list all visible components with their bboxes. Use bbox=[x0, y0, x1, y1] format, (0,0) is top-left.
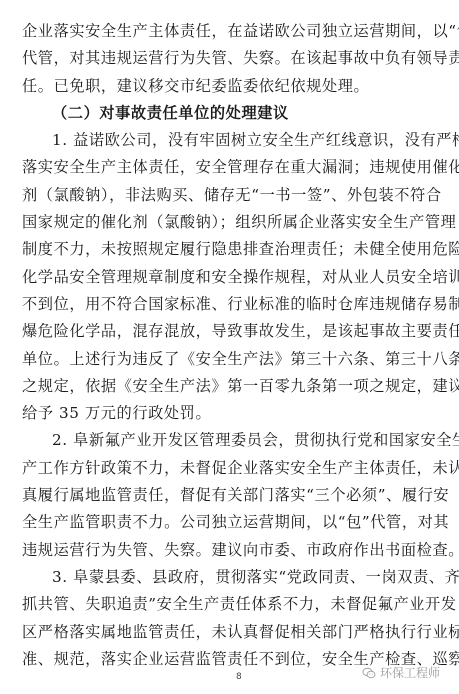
wechat-icon bbox=[362, 667, 376, 679]
text-line: 爆危险化学品，混存混放，导致事故发生，是该起事故主要责任 bbox=[22, 318, 440, 345]
text-line: 企业落实安全生产主体责任，在益诺欧公司独立运营期间，以“包” bbox=[22, 18, 440, 45]
text-line: 国家规定的催化剂（氯酸钠）；组织所属企业落实安全生产管理 bbox=[22, 209, 440, 236]
watermark: 环保工程师 bbox=[362, 664, 440, 681]
text-line: 剂（氯酸钠），非法购买、储存无“一书一签”、外包装不符合 bbox=[22, 182, 440, 209]
text-line: 之规定，依据《安全生产法》第一百零九条第一项之规定，建议 bbox=[22, 373, 440, 400]
text-line: 抓共管、失职追责”安全生产责任体系不力，未督促氟产业开发 bbox=[22, 591, 440, 618]
document-body: 企业落实安全生产主体责任，在益诺欧公司独立运营期间，以“包”代管，对其违规运营行… bbox=[22, 18, 440, 673]
text-line: 化学品安全管理规章制度和安全操作规程，对从业人员安全培训 bbox=[22, 264, 440, 291]
text-line: 1. 益诺欧公司，没有牢固树立安全生产红线意识，没有严格 bbox=[22, 127, 440, 154]
text-line: 代管，对其违规运营行为失管、失察。在该起事故中负有领导责 bbox=[22, 45, 440, 72]
document-page: 企业落实安全生产主体责任，在益诺欧公司独立运营期间，以“包”代管，对其违规运营行… bbox=[0, 0, 459, 694]
text-line: 3. 阜蒙县委、县政府，贯彻落实“党政同责、一岗双责、齐 bbox=[22, 564, 440, 591]
text-line: 区严格落实属地监管责任，未认真督促相关部门严格执行行业标 bbox=[22, 619, 440, 646]
watermark-text: 环保工程师 bbox=[380, 664, 440, 681]
text-line: 单位。上述行为违反了《安全生产法》第三十六条、第三十八条 bbox=[22, 346, 440, 373]
text-line: 给予 35 万元的行政处罚。 bbox=[22, 400, 440, 427]
text-line: 任。已免职，建议移交市纪委监委依纪依规处理。 bbox=[22, 73, 440, 100]
section-heading: （二）对事故责任单位的处理建议 bbox=[22, 100, 440, 127]
text-line: 落实安全生产主体责任，安全管理存在重大漏洞；违规使用催化 bbox=[22, 154, 440, 181]
text-line: 全生产监管职责不力。公司独立运营期间，以“包”代管，对其 bbox=[22, 509, 440, 536]
text-line: 2. 阜新氟产业开发区管理委员会，贯彻执行党和国家安全生 bbox=[22, 427, 440, 454]
text-line: 真履行属地监管责任，督促有关部门落实“三个必须”、履行安 bbox=[22, 482, 440, 509]
text-line: 制度不力，未按照规定履行隐患排查治理责任；未健全使用危险 bbox=[22, 236, 440, 263]
text-line: 违规运营行为失管、失察。建议向市委、市政府作出书面检查。 bbox=[22, 537, 440, 564]
text-line: 产工作方针政策不力，未督促企业落实安全生产主体责任，未认 bbox=[22, 455, 440, 482]
text-line: 不到位，用不符合国家标准、行业标准的临时仓库违规储存易制 bbox=[22, 291, 440, 318]
page-number: 8 bbox=[236, 672, 242, 682]
